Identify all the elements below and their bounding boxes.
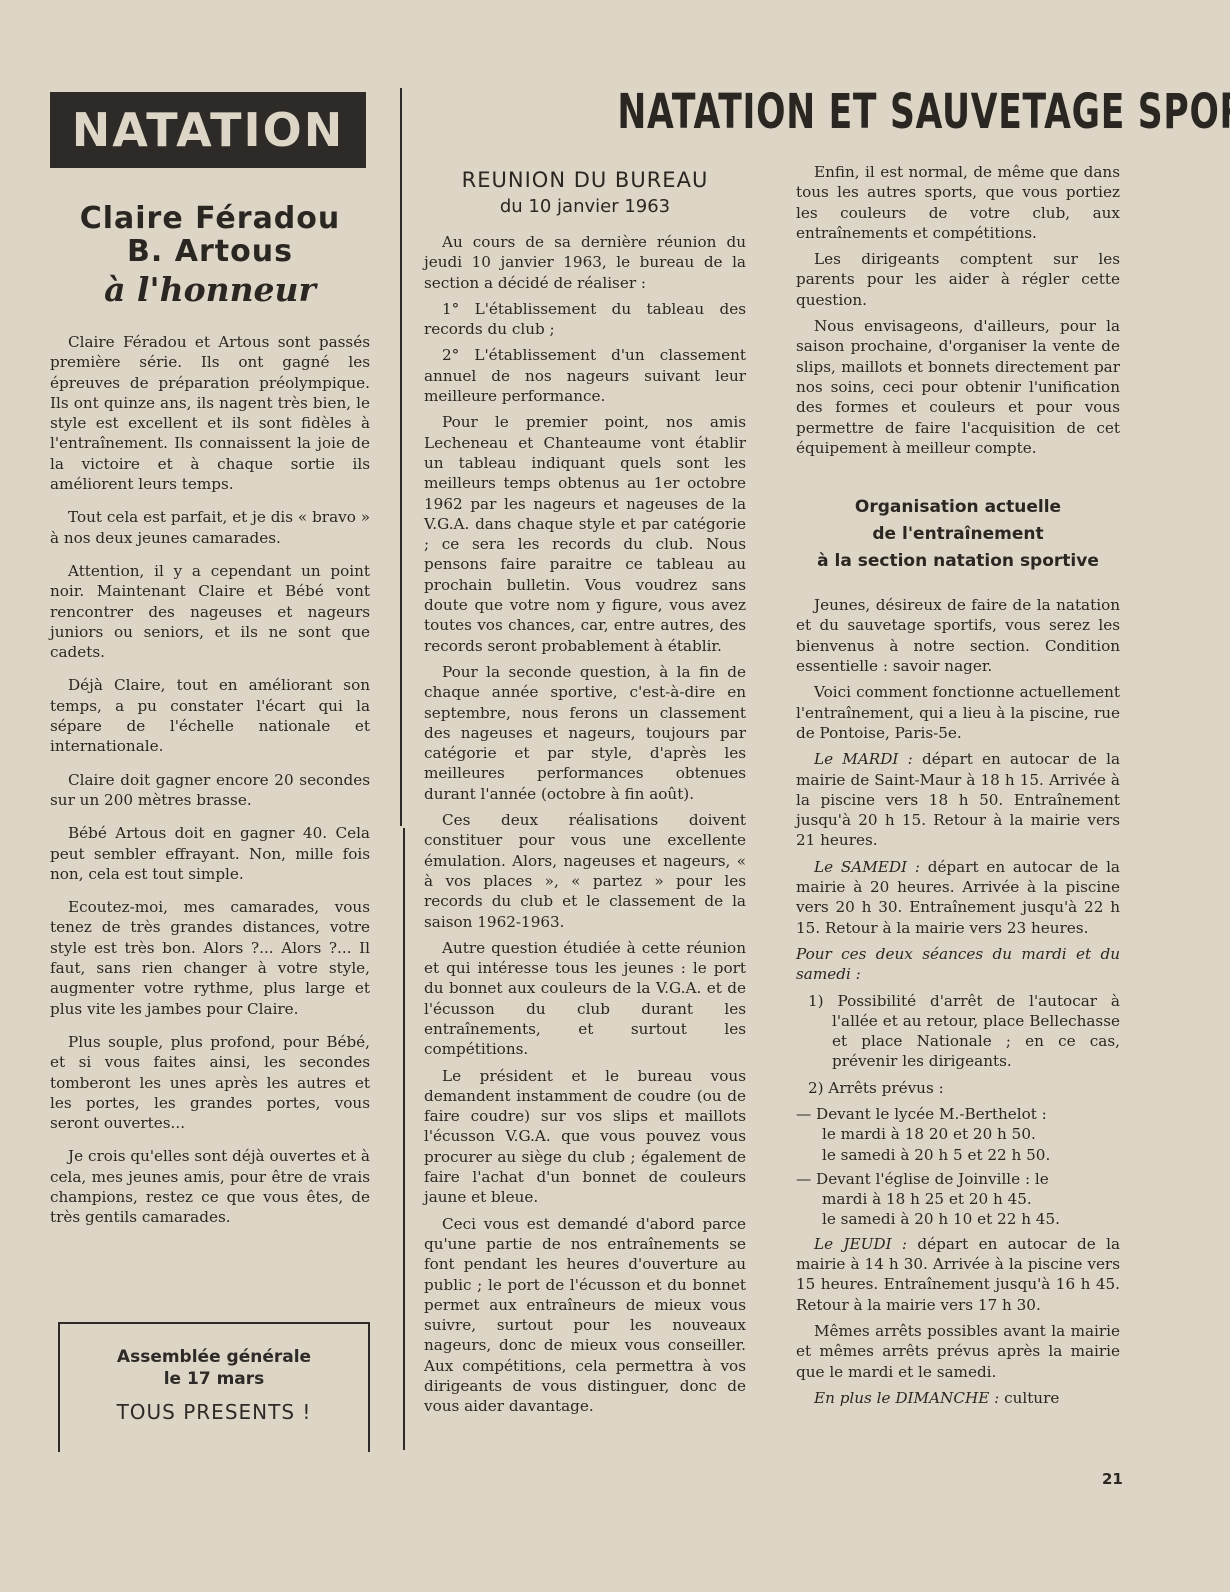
list-item: 1) Possibilité d'arrêt de l'autocar à l'…	[796, 991, 1120, 1072]
paragraph: 1° L'établissement du tableau des record…	[424, 299, 746, 340]
meeting-date: du 10 janvier 1963	[424, 194, 746, 220]
paragraph: Claire Féradou et Artous sont passés pre…	[50, 332, 370, 494]
stop-item: — Devant l'église de Joinville : le mard…	[796, 1169, 1120, 1230]
column-divider	[400, 88, 402, 826]
middle-column: REUNION DU BUREAU du 10 janvier 1963 Au …	[424, 166, 746, 1423]
paragraph: Les dirigeants comptent sur les parents …	[796, 249, 1120, 310]
notice-line-3: TOUS PRESENTS !	[60, 1400, 368, 1424]
paragraph: Voici comment fonctionne actuellement l'…	[796, 682, 1120, 743]
paragraph: Ceci vous est demandé d'abord parce qu'u…	[424, 1214, 746, 1417]
section-kicker: NATATION	[50, 92, 366, 168]
paragraph: Enfin, il est normal, de même que dans t…	[796, 162, 1120, 243]
paragraph: Nous envisageons, d'ailleurs, pour la sa…	[796, 316, 1120, 458]
schedule-jeudi: Le JEUDI : départ en autocar de la mairi…	[796, 1234, 1120, 1315]
paragraph: Jeunes, désireux de faire de la natation…	[796, 595, 1120, 676]
paragraph: Claire doit gagner encore 20 secondes su…	[50, 770, 370, 811]
paragraph: Pour le premier point, nos amis Lechenea…	[424, 412, 746, 656]
section-heading: Organisation actuelle de l'entraînement …	[796, 494, 1120, 575]
paragraph: Mêmes arrêts possibles avant la mairie e…	[796, 1321, 1120, 1382]
paragraph: Tout cela est parfait, et je dis « bravo…	[50, 507, 370, 548]
training-schedule: Jeunes, désireux de faire de la natation…	[796, 595, 1120, 1408]
paragraph: Plus souple, plus profond, pour Bébé, et…	[50, 1032, 370, 1133]
paragraph: Attention, il y a cependant un point noi…	[50, 561, 370, 662]
left-column: NATATION Claire Féradou B. Artous à l'ho…	[50, 92, 370, 1241]
page-title: NATATION ET SAUVETAGE SPORTIFS	[617, 82, 1125, 142]
right-body-top: Enfin, il est normal, de même que dans t…	[796, 162, 1120, 458]
paragraph: Ces deux réalisations doivent constituer…	[424, 810, 746, 932]
column-divider	[403, 828, 405, 1450]
right-column: Enfin, il est normal, de même que dans t…	[796, 162, 1120, 1414]
sessions-note: Pour ces deux séances du mardi et du sam…	[796, 944, 1120, 985]
paragraph: Ecoutez-moi, mes camarades, vous tenez d…	[50, 897, 370, 1019]
schedule-mardi: Le MARDI : départ en autocar de la mairi…	[796, 749, 1120, 850]
paragraph: 2° L'établissement d'un classement annue…	[424, 345, 746, 406]
article-headline: Claire Féradou B. Artous	[50, 202, 370, 268]
stop-item: — Devant le lycée M.-Berthelot : le mard…	[796, 1104, 1120, 1165]
paragraph: Le président et le bureau vous demandent…	[424, 1066, 746, 1208]
paragraph: Pour la seconde question, à la fin de ch…	[424, 662, 746, 804]
list-item: 2) Arrêts prévus :	[796, 1078, 1120, 1098]
paragraph: Bébé Artous doit en gagner 40. Cela peut…	[50, 823, 370, 884]
paragraph: Autre question étudiée à cette réunion e…	[424, 938, 746, 1060]
article-subheadline: à l'honneur	[50, 268, 370, 312]
notice-line-2: le 17 mars	[60, 1368, 368, 1390]
magazine-page: NATATION Claire Féradou B. Artous à l'ho…	[0, 0, 1230, 1592]
meeting-title: REUNION DU BUREAU	[424, 166, 746, 194]
meeting-body: Au cours de sa dernière réunion du jeudi…	[424, 232, 746, 1417]
assembly-notice-box: Assemblée générale le 17 mars TOUS PRESE…	[58, 1322, 370, 1452]
schedule-dimanche: En plus le DIMANCHE : culture	[796, 1388, 1120, 1408]
page-number: 21	[1102, 1470, 1123, 1488]
schedule-samedi: Le SAMEDI : départ en autocar de la mair…	[796, 857, 1120, 938]
paragraph: Déjà Claire, tout en améliorant son temp…	[50, 675, 370, 756]
paragraph: Je crois qu'elles sont déjà ouvertes et …	[50, 1146, 370, 1227]
paragraph: Au cours de sa dernière réunion du jeudi…	[424, 232, 746, 293]
notice-line-1: Assemblée générale	[60, 1346, 368, 1368]
article-body: Claire Féradou et Artous sont passés pre…	[50, 332, 370, 1228]
